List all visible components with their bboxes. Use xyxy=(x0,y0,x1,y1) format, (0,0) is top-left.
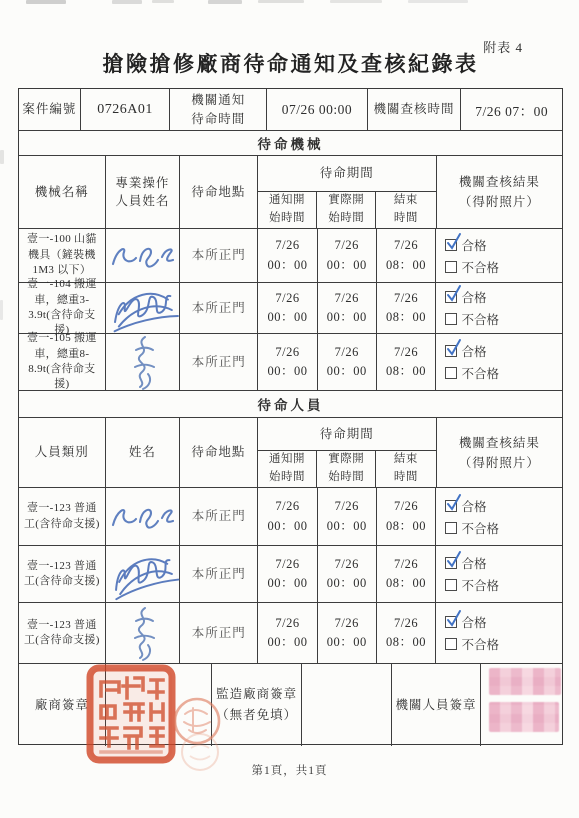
handwritten-signature xyxy=(102,277,183,339)
audit-result-cell: 合格 不合格 xyxy=(436,488,562,545)
machine-name: 壹一-105 搬運車，總重8-8.9t(含待命支援) xyxy=(19,334,106,390)
pass-label: 合格 xyxy=(461,554,486,572)
actual-start-header: 實際開始時間 xyxy=(317,451,376,487)
end-time: 7/2608：00 xyxy=(377,283,437,333)
end-time: 7/2608：00 xyxy=(377,334,437,390)
personnel-row: 壹一-123 普通工(含待命支援) 本所正門 7/2600：00 7/2600：… xyxy=(19,603,562,664)
record-table: 案件編號 0726A01 機關通知待命時間 07/26 00:00 機關查核時間… xyxy=(18,88,563,745)
vendor-seal-label: 廠商簽章 xyxy=(19,664,106,746)
notify-start-time: 7/2600：00 xyxy=(258,334,318,390)
machinery-row: 壹一-100 山貓機具（鏟裝機1M3 以下） 本所正門 7/2600：00 7/… xyxy=(19,229,562,283)
standby-location: 本所正門 xyxy=(180,488,258,545)
end-time: 7/2608：00 xyxy=(377,603,437,663)
scan-artifact xyxy=(152,0,174,3)
case-number-label: 案件編號 xyxy=(19,89,81,130)
page-number: 第1頁，共1頁 xyxy=(0,762,579,778)
operator-name-header: 專業操作人員姓名 xyxy=(106,156,181,228)
pass-checkbox-checked xyxy=(445,239,457,251)
supervisor-seal-cell xyxy=(302,664,392,746)
fail-label: 不合格 xyxy=(461,635,499,653)
personnel-type: 壹一-123 普通工(含待命支援) xyxy=(19,546,106,602)
end-time: 7/2608：00 xyxy=(377,546,437,602)
actual-start-time: 7/2600：00 xyxy=(318,546,377,602)
audit-result-cell: 合格 不合格 xyxy=(436,546,562,602)
pass-checkbox-checked xyxy=(445,291,457,303)
personnel-type: 壹一-123 普通工(含待命支援) xyxy=(19,603,106,663)
scan-artifact xyxy=(26,0,66,4)
machinery-row: 壹一-105 搬運車，總重8-8.9t(含待命支援) 本所正門 7/2600：0… xyxy=(19,334,562,391)
fail-checkbox xyxy=(445,579,457,591)
notify-start-time: 7/2600：00 xyxy=(258,546,318,602)
standby-period-header: 待命期間 xyxy=(258,418,436,451)
notify-time-label: 機關通知待命時間 xyxy=(170,89,267,130)
pass-checkbox-checked xyxy=(445,500,457,512)
scan-artifact xyxy=(0,300,3,320)
scan-artifact xyxy=(258,0,304,3)
actual-start-time: 7/2600：00 xyxy=(318,334,377,390)
operator-signature-cell xyxy=(106,334,181,390)
personnel-type-header: 人員類別 xyxy=(19,418,106,487)
standby-location: 本所正門 xyxy=(180,283,258,333)
person-signature-cell xyxy=(106,546,181,602)
scan-artifact xyxy=(208,0,242,4)
end-time-header: 結束時間 xyxy=(376,192,436,228)
machine-name: 壹一-100 山貓機具（鏟裝機1M3 以下） xyxy=(19,229,106,282)
fail-label: 不合格 xyxy=(461,258,499,276)
notify-start-time: 7/2600：00 xyxy=(258,283,318,333)
operator-signature-cell xyxy=(106,283,181,333)
operator-signature-cell xyxy=(106,229,181,282)
personnel-name-header: 姓名 xyxy=(106,418,181,487)
machinery-header-row: 機械名稱 專業操作人員姓名 待命地點 待命期間 通知開始時間 實際開始時間 結束… xyxy=(19,156,562,229)
pass-checkbox-checked xyxy=(445,616,457,628)
notify-time-value: 07/26 00:00 xyxy=(267,89,368,130)
handwritten-signature xyxy=(106,603,180,663)
scan-artifact xyxy=(408,0,468,3)
case-number-value: 0726A01 xyxy=(81,89,171,130)
personnel-section-title: 待命人員 xyxy=(19,391,562,417)
handwritten-signature xyxy=(100,538,185,610)
end-time: 7/2608：00 xyxy=(377,229,437,282)
pass-checkbox-checked xyxy=(445,557,457,569)
standby-location-header: 待命地點 xyxy=(180,418,258,487)
audit-result-cell: 合格 不合格 xyxy=(436,603,562,663)
fail-label: 不合格 xyxy=(461,310,499,328)
redacted-signature xyxy=(489,702,559,732)
case-info-row: 案件編號 0726A01 機關通知待命時間 07/26 00:00 機關查核時間… xyxy=(19,89,562,131)
personnel-row: 壹一-123 普通工(含待命支援) 本所正門 7/2600：00 7/2600：… xyxy=(19,546,562,603)
fail-checkbox xyxy=(445,313,457,325)
pass-label: 合格 xyxy=(461,288,486,306)
actual-start-time: 7/2600：00 xyxy=(318,283,377,333)
notify-start-time: 7/2600：00 xyxy=(258,603,318,663)
pass-checkbox-checked xyxy=(445,345,457,357)
supervisor-seal-label: 監造廠商簽章（無者免填） xyxy=(212,664,302,746)
audit-time-value: 7/26 07：00 xyxy=(461,89,562,130)
machine-name: 壹一-104 搬運車，總重3-3.9t(含待命支援) xyxy=(19,283,106,333)
fail-checkbox xyxy=(445,638,457,650)
standby-location: 本所正門 xyxy=(180,334,258,390)
audit-result-cell: 合格 不合格 xyxy=(436,334,562,390)
handwritten-signature xyxy=(106,229,180,282)
pass-label: 合格 xyxy=(461,497,486,515)
scan-artifact xyxy=(112,0,142,4)
actual-start-time: 7/2600：00 xyxy=(318,229,377,282)
fail-checkbox xyxy=(445,367,457,379)
personnel-type: 壹一-123 普通工(含待命支援) xyxy=(19,488,106,545)
pass-label: 合格 xyxy=(461,342,486,360)
page-title: 搶險搶修廠商待命通知及查核紀錄表 xyxy=(18,48,563,78)
standby-period-header: 待命期間 xyxy=(258,156,436,192)
notify-start-header: 通知開始時間 xyxy=(258,192,318,228)
agency-seal-label: 機關人員簽章 xyxy=(392,664,482,746)
standby-location: 本所正門 xyxy=(180,229,258,282)
redacted-signature xyxy=(489,668,561,695)
personnel-header-row: 人員類別 姓名 待命地點 待命期間 通知開始時間 實際開始時間 結束時間 機關查… xyxy=(19,418,562,488)
machinery-row: 壹一-104 搬運車，總重3-3.9t(含待命支援) 本所正門 7/2600：0… xyxy=(19,283,562,334)
audit-result-cell: 合格 不合格 xyxy=(436,229,562,282)
audit-result-header: 機關查核結果（得附照片） xyxy=(437,156,562,228)
person-signature-cell xyxy=(106,603,181,663)
signoff-row: 廠商簽章 監造廠商簽章（無者免填） 機關人員簽章 xyxy=(19,664,562,746)
standby-location: 本所正門 xyxy=(180,546,258,602)
scan-artifact xyxy=(330,0,382,3)
vendor-seal-cell xyxy=(106,664,213,746)
end-time: 7/2608：00 xyxy=(377,488,437,545)
audit-time-label: 機關查核時間 xyxy=(368,89,462,130)
machine-name-header: 機械名稱 xyxy=(19,156,106,228)
handwritten-signature xyxy=(106,334,180,390)
fail-checkbox xyxy=(445,522,457,534)
fail-label: 不合格 xyxy=(461,576,499,594)
fail-label: 不合格 xyxy=(461,364,499,382)
standby-location-header: 待命地點 xyxy=(180,156,258,228)
pass-label: 合格 xyxy=(461,236,486,254)
person-signature-cell xyxy=(106,488,181,545)
audit-result-cell: 合格 不合格 xyxy=(436,283,562,333)
scanned-form-page: { "page": { "appendix": "附表 4", "title":… xyxy=(0,0,579,818)
notify-start-header: 通知開始時間 xyxy=(258,451,318,487)
fail-checkbox xyxy=(445,261,457,273)
audit-result-header: 機關查核結果（得附照片） xyxy=(437,418,562,487)
actual-start-time: 7/2600：00 xyxy=(318,603,377,663)
standby-location: 本所正門 xyxy=(180,603,258,663)
personnel-section-banner: 待命人員 xyxy=(19,391,562,418)
notify-start-time: 7/2600：00 xyxy=(258,488,318,545)
notify-start-time: 7/2600：00 xyxy=(258,229,318,282)
scan-artifact xyxy=(0,150,4,164)
machinery-section-title: 待命機械 xyxy=(19,131,562,155)
fail-label: 不合格 xyxy=(461,519,499,537)
personnel-row: 壹一-123 普通工(含待命支援) 本所正門 7/2600：00 7/2600：… xyxy=(19,488,562,546)
actual-start-time: 7/2600：00 xyxy=(318,488,377,545)
handwritten-signature xyxy=(106,488,180,545)
end-time-header: 結束時間 xyxy=(376,451,436,487)
pass-label: 合格 xyxy=(461,613,486,631)
machinery-section-banner: 待命機械 xyxy=(19,131,562,156)
actual-start-header: 實際開始時間 xyxy=(317,192,376,228)
